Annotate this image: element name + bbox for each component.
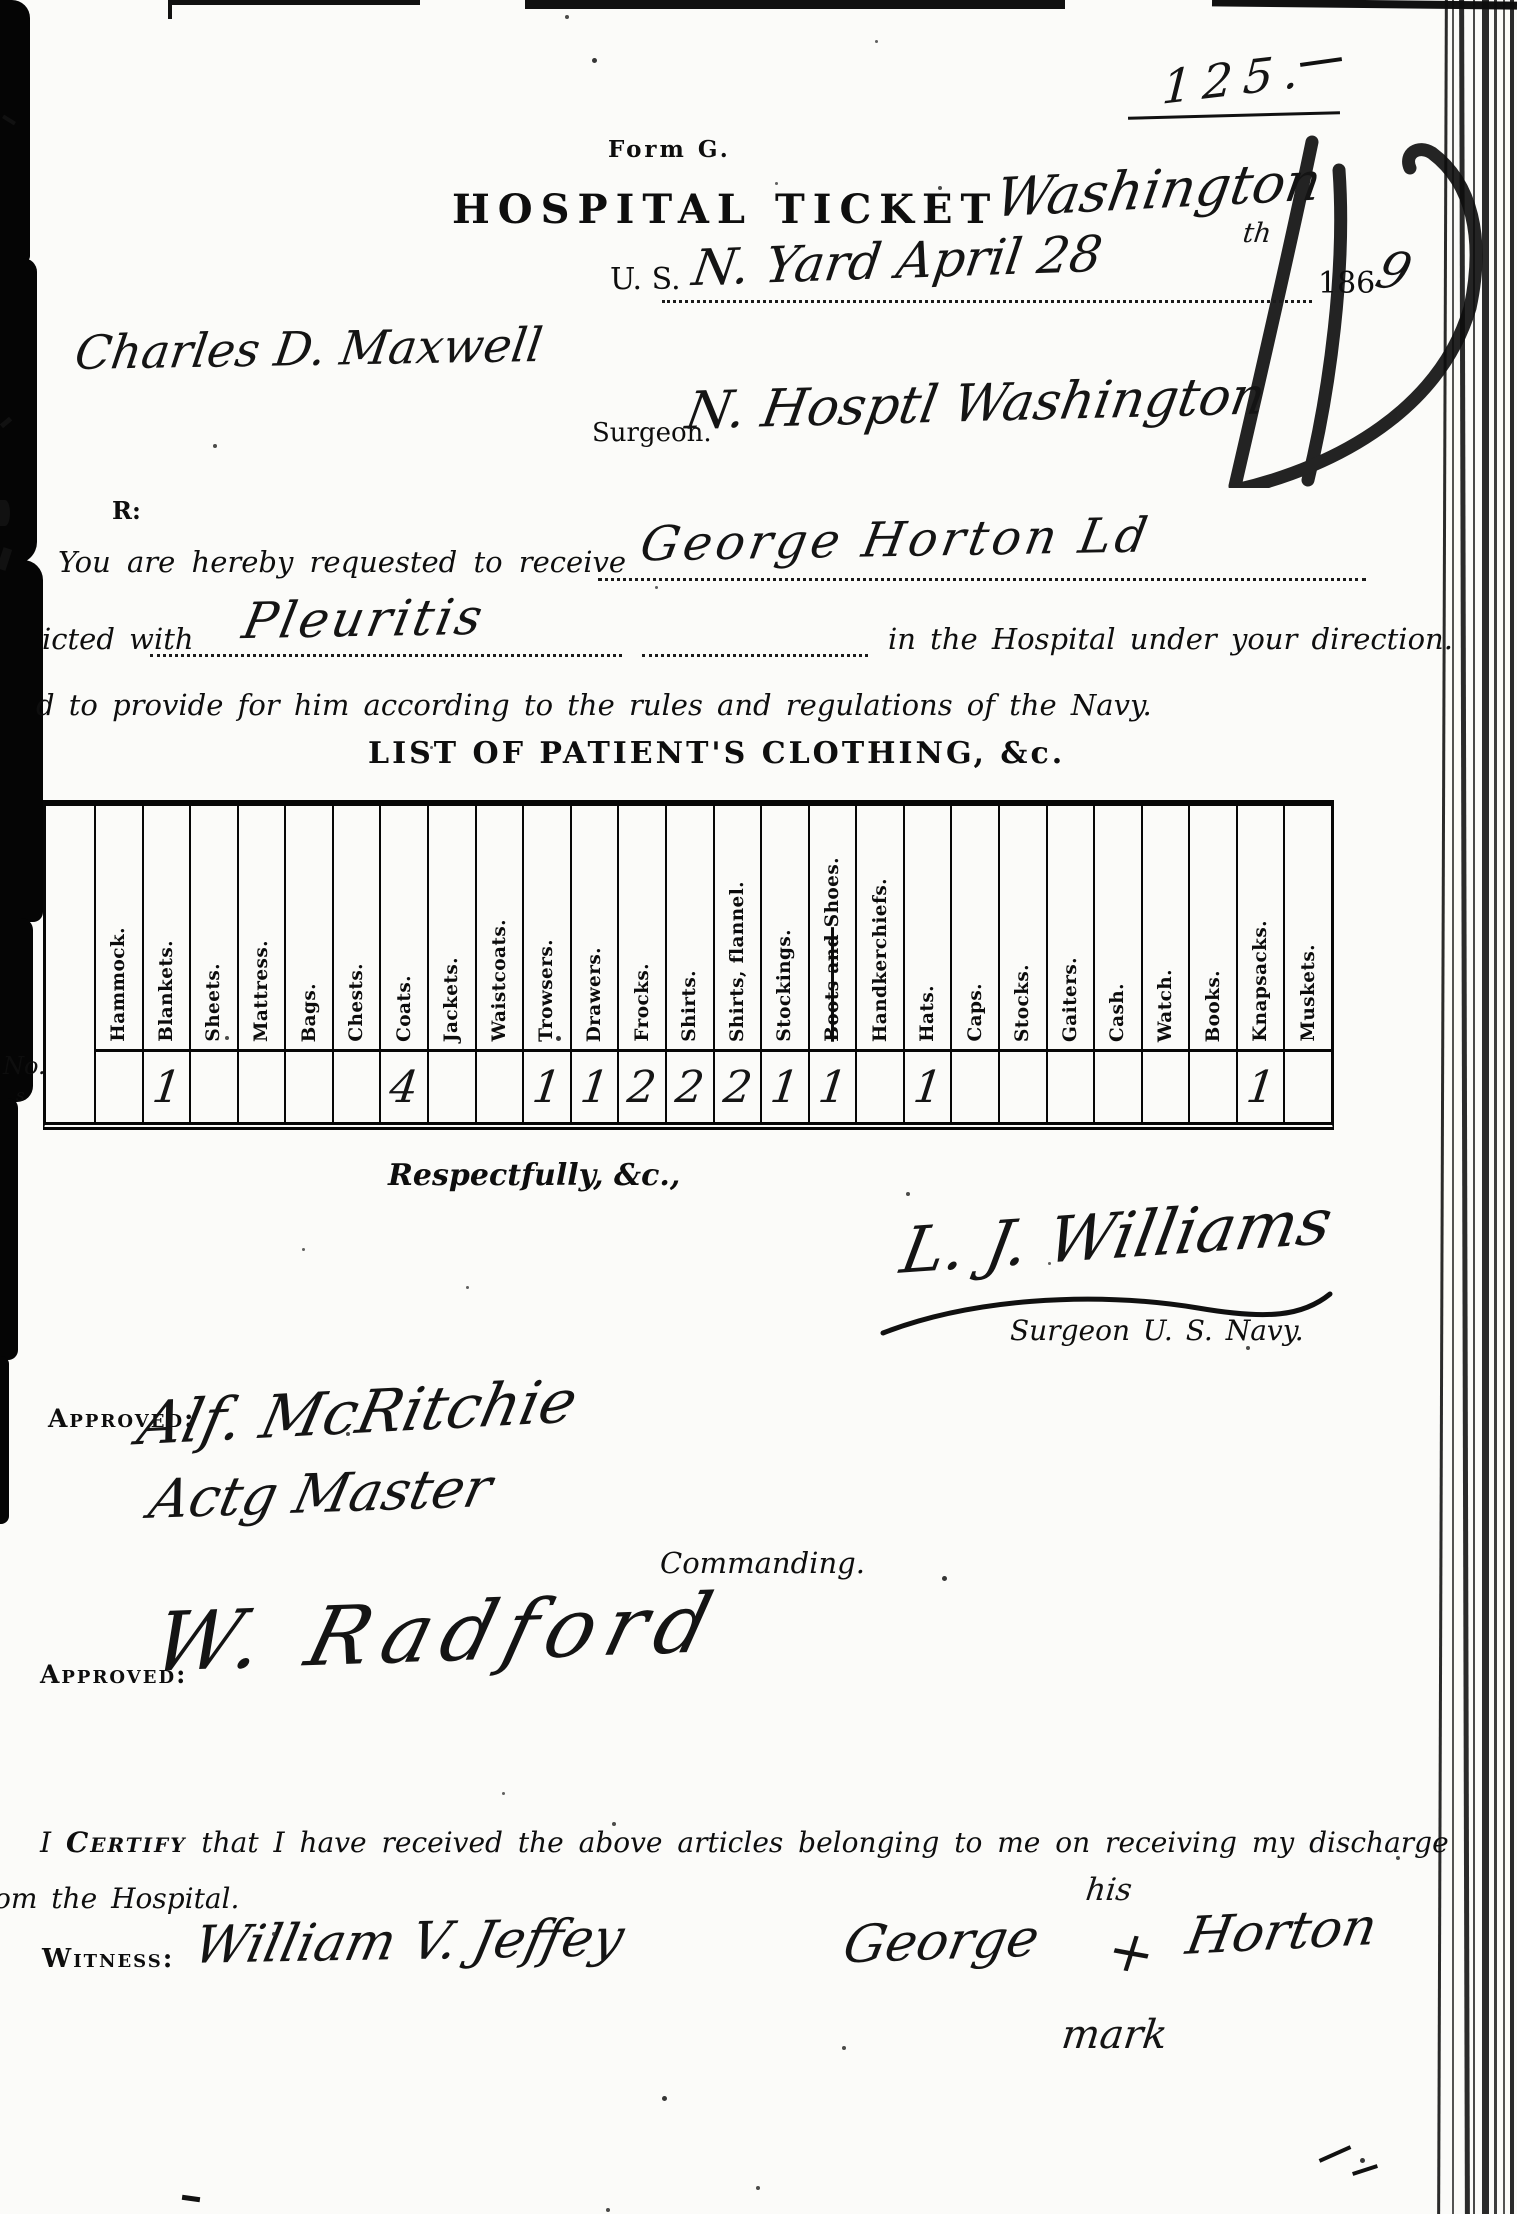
date-superscript-handwritten: th bbox=[1241, 218, 1273, 249]
table-row-sublabel: s bbox=[16, 1086, 25, 1106]
table-column: Muskets. bbox=[1285, 806, 1331, 1122]
ink-speck bbox=[875, 40, 878, 43]
column-count-handwritten bbox=[1043, 1052, 1097, 1122]
scan-edge-bar bbox=[1212, 0, 1517, 10]
commanding-label: Commanding. bbox=[660, 1546, 865, 1580]
crease-mark bbox=[1319, 2145, 1352, 2162]
ink-speck bbox=[756, 2186, 760, 2190]
request-name-handwritten: George Horton Ld bbox=[636, 508, 1155, 573]
column-count-handwritten: 4 bbox=[377, 1052, 431, 1122]
scan-edge-bar bbox=[525, 0, 1065, 9]
column-count-handwritten bbox=[472, 1052, 526, 1122]
column-count-handwritten: 1 bbox=[139, 1052, 193, 1122]
approver2-signature-handwritten: W. Radford bbox=[143, 1576, 731, 1690]
column-header: Drawers. bbox=[572, 806, 618, 1052]
ink-speck bbox=[842, 2046, 846, 2050]
request-line-printed: You are hereby requested to receive bbox=[58, 545, 626, 579]
column-count-handwritten bbox=[92, 1052, 146, 1122]
column-count-handwritten bbox=[187, 1052, 241, 1122]
column-count-handwritten bbox=[1281, 1052, 1335, 1122]
clothing-list-heading: LIST OF PATIENT'S CLOTHING, &c. bbox=[368, 736, 1065, 771]
column-header: Stockings. bbox=[762, 806, 808, 1052]
ink-speck bbox=[1360, 2158, 1365, 2163]
ink-speck bbox=[942, 1576, 947, 1581]
affliction-dotted-line-1 bbox=[150, 654, 622, 657]
column-count-handwritten: 2 bbox=[615, 1052, 669, 1122]
table-column: Bags. bbox=[286, 806, 334, 1122]
column-header: Coats. bbox=[381, 806, 427, 1052]
ink-speck bbox=[502, 1792, 505, 1795]
column-count-handwritten bbox=[1186, 1052, 1240, 1122]
table-column: Jackets. bbox=[429, 806, 477, 1122]
column-count-handwritten: 1 bbox=[1234, 1052, 1288, 1122]
column-count-handwritten bbox=[425, 1052, 479, 1122]
ink-speck bbox=[655, 586, 658, 589]
column-header: Stocks. bbox=[1000, 806, 1046, 1052]
page-number-handwritten: 125. bbox=[1161, 43, 1311, 115]
column-header: Sheets. bbox=[191, 806, 237, 1052]
struck-label-part: Boots and bbox=[822, 927, 843, 1042]
column-count-handwritten bbox=[1091, 1052, 1145, 1122]
column-header: Boots and Shoes. bbox=[810, 806, 856, 1052]
affliction-dotted-line-2 bbox=[642, 654, 868, 657]
column-header: Jackets. bbox=[429, 806, 475, 1052]
mark-last-name-handwritten: Horton bbox=[1182, 1897, 1382, 1967]
column-header: Handkerchiefs. bbox=[857, 806, 903, 1052]
ink-speck bbox=[1048, 1262, 1051, 1265]
column-header: Waistcoats. bbox=[477, 806, 523, 1052]
ink-speck bbox=[906, 1192, 910, 1196]
column-count-handwritten bbox=[330, 1052, 384, 1122]
column-header: Trowsers. bbox=[524, 806, 570, 1052]
witness-name-handwritten: William V. Jeffey bbox=[189, 1908, 629, 1975]
table-column: Shirts.2 bbox=[667, 806, 715, 1122]
crease-mark bbox=[1352, 2164, 1378, 2176]
table-column: Coats.4 bbox=[381, 806, 429, 1122]
clothing-columns: Hammock.Blankets.1Sheets.Mattress.Bags.C… bbox=[96, 806, 1331, 1122]
date-dotted-line bbox=[662, 300, 1312, 303]
ink-speck bbox=[592, 58, 597, 63]
table-column: Handkerchiefs. bbox=[857, 806, 905, 1122]
scan-edge-mark bbox=[168, 5, 172, 19]
surgeon-signature-title: Surgeon U. S. Navy. bbox=[1010, 1314, 1304, 1347]
table-column: Books. bbox=[1190, 806, 1238, 1122]
clothing-table: Hammock.Blankets.1Sheets.Mattress.Bags.C… bbox=[43, 800, 1334, 1130]
affliction-suffix-printed: in the Hospital under your direction. bbox=[888, 622, 1453, 656]
ink-speck bbox=[612, 1822, 616, 1826]
column-count-handwritten bbox=[948, 1052, 1002, 1122]
table-column: Caps. bbox=[952, 806, 1000, 1122]
certify-rest: that I have received the above articles … bbox=[201, 1826, 1448, 1859]
ink-speck bbox=[466, 1286, 469, 1289]
column-header: Hats. bbox=[905, 806, 951, 1052]
patient-name-handwritten: Charles D. Maxwell bbox=[72, 318, 546, 381]
table-column: Gaiters. bbox=[1048, 806, 1096, 1122]
mark-word-handwritten: mark bbox=[1059, 2012, 1170, 2058]
scan-edge-bar bbox=[168, 0, 420, 5]
column-header: Hammock. bbox=[96, 806, 142, 1052]
column-count-handwritten bbox=[996, 1052, 1050, 1122]
ink-speck bbox=[1246, 1346, 1250, 1350]
column-header: Bags. bbox=[286, 806, 332, 1052]
column-count-handwritten bbox=[234, 1052, 288, 1122]
approver1-title-handwritten: Actg Master bbox=[144, 1456, 498, 1531]
column-count-handwritten: 1 bbox=[758, 1052, 812, 1122]
respectfully-line: Respectfully, &c., bbox=[388, 1158, 680, 1193]
table-column: Stockings.1 bbox=[762, 806, 810, 1122]
column-count-handwritten bbox=[1138, 1052, 1192, 1122]
column-count-handwritten bbox=[282, 1052, 336, 1122]
ink-speck bbox=[1396, 1856, 1400, 1860]
table-column: Watch. bbox=[1143, 806, 1191, 1122]
table-column: Waistcoats. bbox=[477, 806, 525, 1122]
column-header: Blankets. bbox=[144, 806, 190, 1052]
ink-speck bbox=[556, 1036, 561, 1041]
provide-line-fragment: d to provide for him according to the ru… bbox=[36, 688, 1152, 722]
ink-speck bbox=[302, 1248, 305, 1251]
column-count-handwritten: 1 bbox=[520, 1052, 574, 1122]
column-header: Frocks. bbox=[619, 806, 665, 1052]
column-header: Gaiters. bbox=[1048, 806, 1094, 1052]
mark-cross-handwritten: + bbox=[1099, 1916, 1164, 1988]
mark-first-name-handwritten: George bbox=[838, 1909, 1044, 1976]
table-column: Shirts, flannel.2 bbox=[715, 806, 763, 1122]
approver1-signature-handwritten: Alf. McRitchie bbox=[132, 1367, 584, 1459]
column-count-handwritten: 2 bbox=[663, 1052, 717, 1122]
column-header: Watch. bbox=[1143, 806, 1189, 1052]
column-header: Chests. bbox=[334, 806, 380, 1052]
column-header: Books. bbox=[1190, 806, 1236, 1052]
affliction-handwritten: Pleuritis bbox=[238, 588, 490, 650]
table-column: Hats.1 bbox=[905, 806, 953, 1122]
table-column: Frocks.2 bbox=[619, 806, 667, 1122]
table-column: Stocks. bbox=[1000, 806, 1048, 1122]
document-title: HOSPITAL TICKET bbox=[452, 186, 998, 233]
certify-prefix: I bbox=[40, 1826, 51, 1859]
ink-speck bbox=[662, 2096, 667, 2101]
column-header: Muskets. bbox=[1285, 806, 1331, 1052]
ink-speck bbox=[775, 182, 778, 185]
date-prefix: U. S. bbox=[610, 262, 681, 297]
ink-speck bbox=[272, 1932, 276, 1936]
column-count-handwritten: 2 bbox=[710, 1052, 764, 1122]
witness-label: Witness: bbox=[42, 1944, 174, 1974]
table-column: Knapsacks.1 bbox=[1238, 806, 1286, 1122]
column-count-handwritten bbox=[853, 1052, 907, 1122]
ink-speck bbox=[225, 1036, 229, 1040]
column-header: Knapsacks. bbox=[1238, 806, 1284, 1052]
ink-speck bbox=[606, 2208, 610, 2212]
column-header: Shirts. bbox=[667, 806, 713, 1052]
ink-speck bbox=[565, 15, 569, 19]
table-column: Cash. bbox=[1095, 806, 1143, 1122]
certify-line-2-fragment: om the Hospital. bbox=[0, 1882, 239, 1915]
table-column: Hammock. bbox=[96, 806, 144, 1122]
scanned-hospital-ticket-page: 125. Form G. HOSPITAL TICKET Washington … bbox=[0, 0, 1517, 2214]
column-header: Mattress. bbox=[239, 806, 285, 1052]
form-label: Form G. bbox=[608, 136, 731, 163]
certify-line: I Certify that I have received the above… bbox=[40, 1826, 1449, 1859]
request-dotted-line bbox=[598, 578, 1366, 581]
table-corner-cell bbox=[46, 806, 96, 1122]
column-count-handwritten: 1 bbox=[805, 1052, 859, 1122]
ink-speck bbox=[213, 444, 217, 448]
ink-speck bbox=[346, 1432, 350, 1436]
table-column: Chests. bbox=[334, 806, 382, 1122]
surgeon-signature-handwritten: L. J. Williams bbox=[895, 1185, 1337, 1288]
table-column: Blankets.1 bbox=[144, 806, 192, 1122]
table-row-label: No. bbox=[3, 1052, 46, 1080]
column-header: Shirts, flannel. bbox=[715, 806, 761, 1052]
binding-artifact bbox=[0, 500, 10, 526]
crease-mark bbox=[182, 2195, 201, 2202]
column-count-handwritten: 1 bbox=[901, 1052, 955, 1122]
ink-speck bbox=[430, 746, 433, 749]
table-column: Drawers.1 bbox=[572, 806, 620, 1122]
table-column: Mattress. bbox=[239, 806, 287, 1122]
mark-his-handwritten: his bbox=[1084, 1872, 1134, 1908]
year-printed: 186 bbox=[1318, 266, 1375, 301]
table-column: Trowsers.1 bbox=[524, 806, 572, 1122]
table-column: Boots and Shoes.1 bbox=[810, 806, 858, 1122]
column-header: Caps. bbox=[952, 806, 998, 1052]
table-column: Sheets. bbox=[191, 806, 239, 1122]
ink-speck bbox=[938, 186, 942, 190]
column-count-handwritten: 1 bbox=[567, 1052, 621, 1122]
column-header: Cash. bbox=[1095, 806, 1141, 1052]
salutation-fragment: R: bbox=[112, 496, 141, 525]
date-handwritten: N. Yard April 28 bbox=[689, 225, 1106, 297]
affliction-prefix-fragment: icted with bbox=[42, 622, 194, 656]
certify-word: Certify bbox=[66, 1826, 187, 1859]
